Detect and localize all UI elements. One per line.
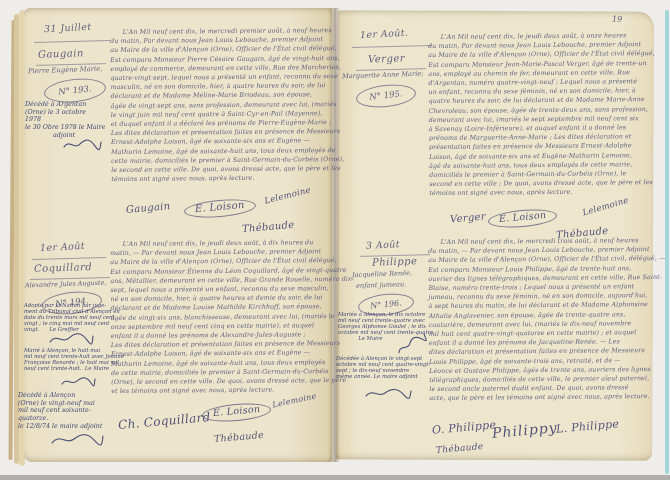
note-line: Décédé à Alençon (18, 392, 102, 400)
margin-date: 1er Août (40, 241, 85, 254)
note-line: le 30 Obre 1978 le Maire (25, 124, 105, 132)
margin-note-death: Décédée à Alençon le vingt-septoctobre m… (336, 356, 430, 380)
registry-scan: 31 Juillet Gaugain Pierre Eugène Marie, … (0, 0, 670, 480)
note-line: Décédé à Argentan (25, 101, 105, 109)
note-line: 1978 (25, 116, 105, 124)
page-number: 19 (612, 15, 622, 24)
note-line: (Orne) le vingt-neuf mai (18, 400, 102, 408)
margin-date: 3 Août (366, 239, 401, 252)
act-body-text: L'An Mil neuf cent dix, le jeudi deux ao… (110, 238, 333, 396)
margin-note-death: Décédé à Alençon(Orne) le vingt-neuf mai… (18, 392, 102, 431)
act-body-text: L'An Mil neuf cent dix, le mercredi prem… (110, 26, 333, 184)
margin-surname: Philippe (372, 256, 418, 269)
margin-surname: Coquillard (34, 262, 93, 275)
body-line: témoins ont signé avec nous, après lectu… (111, 173, 333, 184)
margin-note-adoption: Adopté par la Nation par juge-ment du Tr… (24, 303, 120, 333)
body-line: acte, que le père et les témoins ont sig… (429, 392, 653, 403)
signature-flourish-icon (50, 431, 104, 451)
note-line: même année. Le maire adjoint (336, 374, 430, 380)
act-body-text: L'An Mil neuf cent dix, le jeudi deux ao… (428, 31, 653, 199)
margin-surname: Gaugain (38, 48, 84, 61)
signature-flourish-icon (62, 136, 102, 155)
signature-flourish-icon (48, 330, 94, 350)
note-line: quatorze. (18, 415, 102, 423)
margin-note-marriage: Marié à Alençon, le huit maimil neuf cen… (24, 348, 124, 372)
scan-edge-teal-strip (665, 10, 669, 474)
note-line: mil neuf cent soixante- (18, 407, 102, 415)
scan-bottom-strip (0, 475, 670, 480)
signature-flourish-icon (364, 385, 412, 404)
signature-flourish-icon (60, 372, 96, 391)
note-line: (Orne) le 3 octobre (25, 109, 105, 117)
margin-surname: Verger (368, 53, 405, 65)
margin-note-death: Décédé à Argentan(Orne) le 3 octobre1978… (25, 101, 105, 140)
note-line: le 12/8/74 le maire adjoint (18, 423, 102, 431)
act-body-text: L'An Mil neuf cent dix, le mercredi troi… (428, 236, 653, 404)
